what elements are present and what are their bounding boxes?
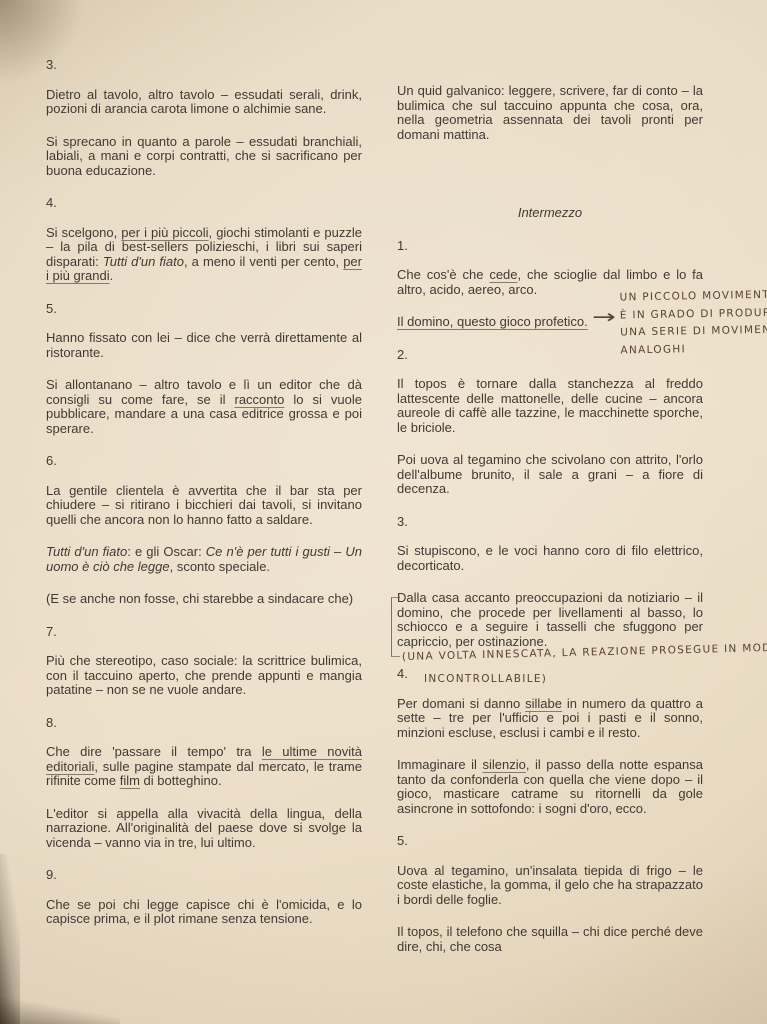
section-number: 1. (397, 239, 703, 254)
paragraph: Si scelgono, per i più piccoli, giochi s… (46, 226, 362, 284)
paragraph: Per domani si danno sillabe in numero da… (397, 697, 703, 741)
paragraph: Dalla casa accanto preoccupazioni da not… (397, 591, 703, 649)
handwritten-note-reaction-line2: INCONTROLLABILE) (424, 671, 547, 689)
handwritten-line: ANALOGHI (620, 339, 767, 359)
handwritten-note-domino-effect: UN PICCOLO MOVIMENTO È IN GRADO DI PRODU… (619, 287, 767, 360)
section-number: 7. (46, 625, 362, 640)
paragraph: Si allontanano – altro tavolo e lì un ed… (46, 378, 362, 436)
section-number: 5. (397, 834, 703, 849)
section-number: 4. (46, 196, 362, 211)
section-heading: Intermezzo (397, 206, 703, 221)
section-number: 3. (46, 58, 362, 73)
paragraph: Poi uova al tegamino che scivolano con a… (397, 453, 703, 497)
photographed-document-page: 3.Dietro al tavolo, altro tavolo – essud… (0, 0, 767, 1024)
paragraph: Dietro al tavolo, altro tavolo – essudat… (46, 88, 362, 117)
handwritten-line: UN PICCOLO MOVIMENTO (619, 287, 767, 307)
handwritten-arrow-icon: → (592, 309, 616, 327)
paragraph: (E se anche non fosse, chi starebbe a si… (46, 592, 362, 607)
section-number: 6. (46, 454, 362, 469)
paragraph: Un quid galvanico: leggere, scrivere, fa… (397, 84, 703, 142)
section-number: 8. (46, 716, 362, 731)
photo-shadow-bottom-edge (0, 998, 120, 1024)
section-number: 9. (46, 868, 362, 883)
paragraph: Il topos è tornare dalla stanchezza al f… (397, 377, 703, 435)
paragraph: Che dire 'passare il tempo' tra le ultim… (46, 745, 362, 789)
section-number: 5. (46, 302, 362, 317)
paragraph: Più che stereotipo, caso sociale: la scr… (46, 654, 362, 698)
paragraph: L'editor si appella alla vivacità della … (46, 807, 362, 851)
paragraph: Uova al tegamino, un'insalata tiepida di… (397, 864, 703, 908)
paragraph: Che se poi chi legge capisce chi è l'omi… (46, 898, 362, 927)
paragraph: Il topos, il telefono che squilla – chi … (397, 925, 703, 954)
paragraph: Si stupiscono, e le voci hanno coro di f… (397, 544, 703, 573)
paragraph: Hanno fissato con lei – dice che verrà d… (46, 331, 362, 360)
handwritten-margin-bracket (391, 597, 400, 657)
paragraph: Si sprecano in quanto a parole – essudat… (46, 135, 362, 179)
photo-shadow-bottom-left (0, 854, 20, 1024)
paragraph: Immaginare il silenzio, il passo della n… (397, 758, 703, 816)
handwritten-line: UNA SERIE DI MOVIMENTI (620, 322, 767, 342)
left-text-column: 3.Dietro al tavolo, altro tavolo – essud… (46, 55, 362, 945)
section-number: 3. (397, 515, 703, 530)
right-text-column: Un quid galvanico: leggere, scrivere, fa… (397, 84, 703, 972)
paragraph: La gentile clientela è avvertita che il … (46, 484, 362, 528)
paragraph: Tutti d'un fiato: e gli Oscar: Ce n'è pe… (46, 545, 362, 574)
